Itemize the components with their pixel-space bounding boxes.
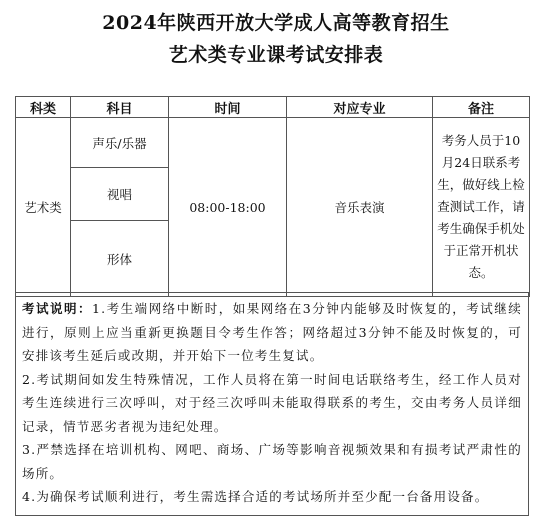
subject-cell: 形体 xyxy=(71,221,169,297)
notes-label: 考试说明： xyxy=(22,301,92,316)
note-item: 考试说明：1.考生端网络中断时，如果网络在3分钟内能够及时恢复的，考试继续进行，… xyxy=(22,297,522,368)
header-subject: 科目 xyxy=(71,97,169,118)
time-cell: 08:00-18:00 xyxy=(169,118,287,297)
category-cell: 艺术类 xyxy=(16,118,71,297)
note-item: 3.严禁选择在培训机构、网吧、商场、广场等影响音视频效果和有损考试严肃性的场所。 xyxy=(22,438,522,485)
header-category: 科类 xyxy=(16,97,71,118)
table-row: 艺术类 声乐/乐器 08:00-18:00 音乐表演 考务人员于10月24日联系… xyxy=(16,118,530,168)
remark-cell: 考务人员于10月24日联系考生，做好线上检查测试工作，请考生确保手机处于正常开机… xyxy=(433,118,530,297)
major-cell: 音乐表演 xyxy=(287,118,433,297)
exam-notes-box: 考试说明：1.考生端网络中断时，如果网络在3分钟内能够及时恢复的，考试继续进行，… xyxy=(15,292,529,516)
document-subtitle: 艺术类专业课考试安排表 xyxy=(0,40,552,67)
exam-schedule-table: 科类 科目 时间 对应专业 备注 艺术类 声乐/乐器 08:00-18:00 音… xyxy=(15,96,530,297)
table-header-row: 科类 科目 时间 对应专业 备注 xyxy=(16,97,530,118)
header-time: 时间 xyxy=(169,97,287,118)
subject-cell: 视唱 xyxy=(71,168,169,221)
header-remark: 备注 xyxy=(433,97,530,118)
note-item: 2.考试期间如发生特殊情况，工作人员将在第一时间电话联络考生，经工作人员对考生连… xyxy=(22,368,522,439)
header-major: 对应专业 xyxy=(287,97,433,118)
note-text: 1.考生端网络中断时，如果网络在3分钟内能够及时恢复的，考试继续进行，原则上应当… xyxy=(22,301,522,363)
subject-cell: 声乐/乐器 xyxy=(71,118,169,168)
document-title: 2024年陕西开放大学成人高等教育招生 xyxy=(0,8,552,35)
note-item: 4.为确保考试顺利进行，考生需选择合适的考试场所并至少配一台备用设备。 xyxy=(22,485,522,509)
